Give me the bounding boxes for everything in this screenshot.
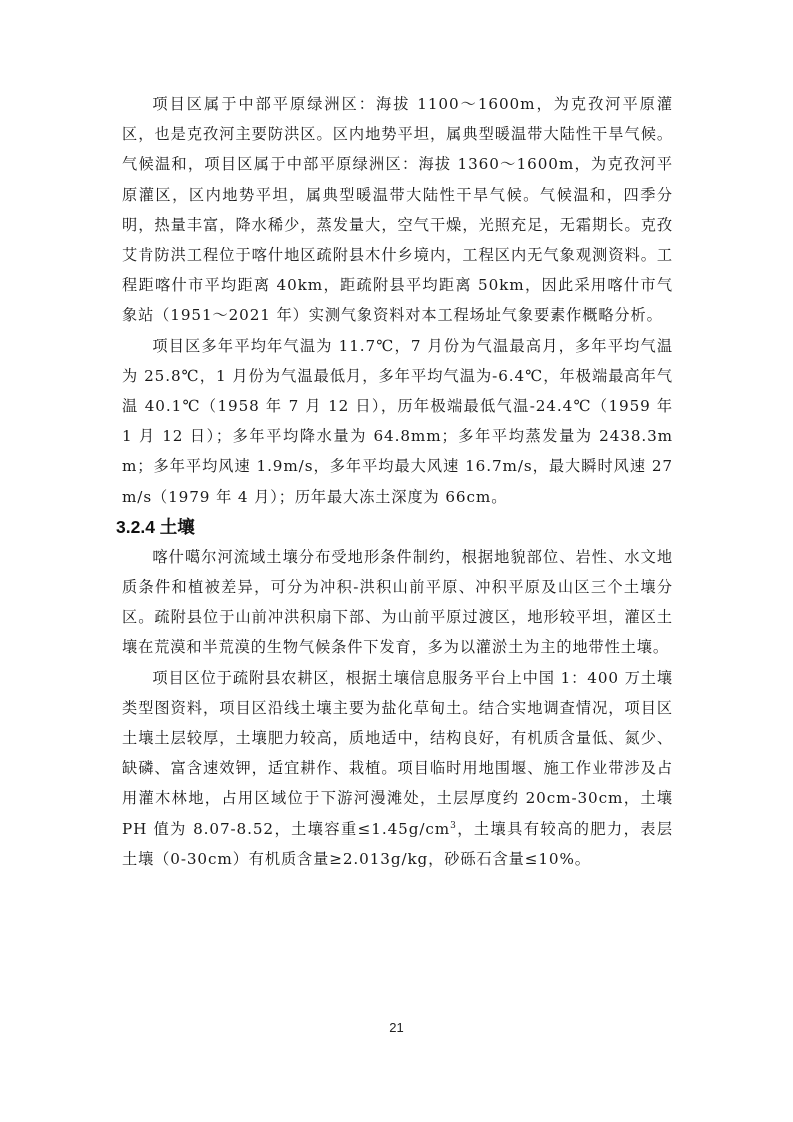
paragraph-soil-project: 项目区位于疏附县农耕区，根据土壤信息服务平台上中国 1：400 万土壤类型图资料… — [122, 663, 673, 874]
soil-project-text-start: 项目区位于疏附县农耕区，根据土壤信息服务平台上中国 1：400 万土壤类型图资料… — [122, 669, 673, 838]
page-content: 项目区属于中部平原绿洲区：海拔 1100～1600m，为克孜河平原灌区，也是克孜… — [122, 89, 673, 874]
paragraph-climate-stats: 项目区多年平均年气温为 11.7℃，7 月份为气温最高月，多年平均气温为 25.… — [122, 331, 673, 512]
paragraph-soil-basin: 喀什噶尔河流域土壤分布受地形条件制约，根据地貌部位、岩性、水文地质条件和植被差异… — [122, 542, 673, 663]
section-heading-soil: 3.2.4 土壤 — [116, 512, 673, 542]
document-page: 项目区属于中部平原绿洲区：海拔 1100～1600m，为克孜河平原灌区，也是克孜… — [0, 0, 793, 1122]
page-number: 21 — [0, 1020, 793, 1035]
superscript-cubic: 3 — [450, 821, 457, 831]
paragraph-climate-intro: 项目区属于中部平原绿洲区：海拔 1100～1600m，为克孜河平原灌区，也是克孜… — [122, 89, 673, 331]
